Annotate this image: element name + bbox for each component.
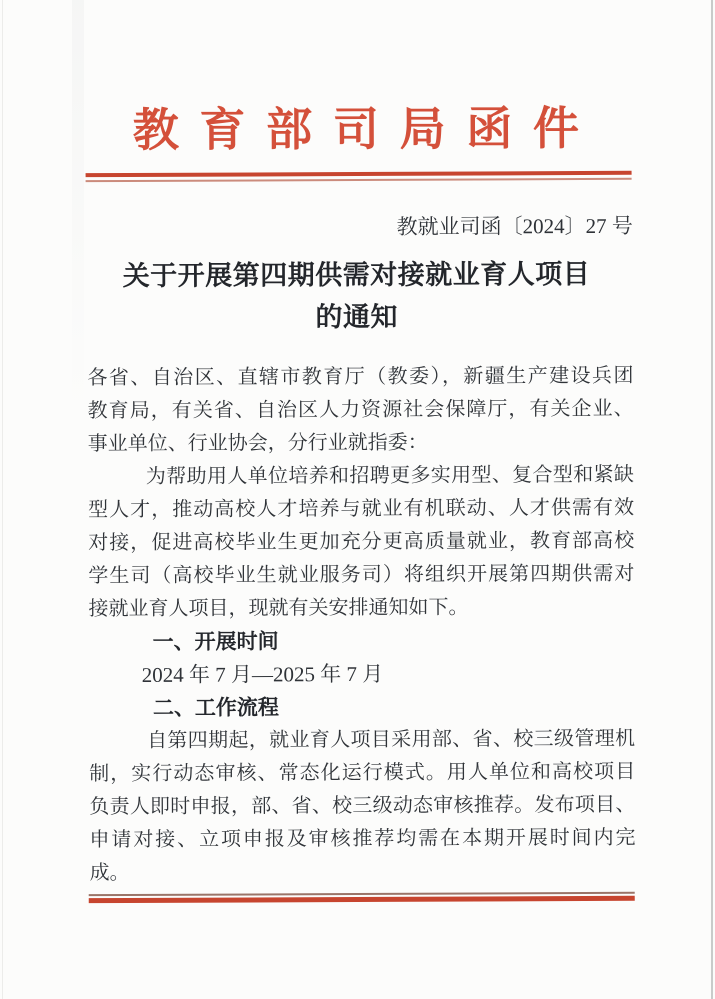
scan-edge-right (711, 0, 713, 999)
notice-title-line2: 的通知 (0, 294, 714, 339)
scanned-document-page: 教育部司局函件 教就业司函〔2024〕27 号 关于开展第四期供需对接就业育人项… (0, 0, 715, 999)
page-separator-bottom (89, 892, 635, 903)
document-sheet: 教育部司局函件 教就业司函〔2024〕27 号 关于开展第四期供需对接就业育人项… (0, 0, 715, 999)
notice-title-line1: 关于开展第四期供需对接就业育人项目 (0, 252, 714, 297)
document-number: 教就业司函〔2024〕27 号 (87, 212, 633, 242)
intro-line: 学生司（高校毕业生就业服务司）将组织开展第四期供需对 (88, 558, 634, 593)
intro-line: 为帮助用人单位培养和招聘更多实用型、复合型和紧缺 (88, 459, 634, 494)
intro-line: 接就业育人项目，现就有关安排通知如下。 (88, 591, 634, 626)
salutation-line: 教育局，有关省、自治区人力资源社会保障厅，有关企业、 (88, 393, 634, 428)
section2-line: 成。 (90, 855, 636, 890)
salutation-line: 事业单位、行业协会，分行业就指委： (88, 426, 634, 461)
intro-line: 对接，促进高校毕业生更加充分更高质量就业，教育部高校 (88, 525, 634, 560)
notice-title: 关于开展第四期供需对接就业育人项目 的通知 (0, 252, 714, 339)
letterhead-title: 教育部司局函件 (0, 98, 714, 161)
section2-heading: 二、工作流程 (89, 690, 635, 725)
separator-thick-line (89, 896, 635, 903)
intro-line: 型人才，推动高校人才培养与就业有机联动、人才供需有效 (88, 492, 634, 527)
letterhead-separator-top (86, 171, 632, 182)
section2-line: 制，实行动态审核、常态化运行模式。用人单位和高校项目 (89, 756, 635, 791)
scan-edge-left (2, 0, 3, 999)
section2-line: 负责人即时申报，部、省、校三级动态审核推荐。发布项目、 (89, 789, 635, 824)
salutation-line: 各省、自治区、直辖市教育厅（教委），新疆生产建设兵团 (87, 360, 633, 395)
section1-date: 2024 年 7 月—2025 年 7 月 (89, 657, 635, 692)
document-body: 各省、自治区、直辖市教育厅（教委），新疆生产建设兵团 教育局，有关省、自治区人力… (87, 360, 635, 890)
section2-line: 申请对接、立项申报及审核推荐均需在本期开展时间内完 (89, 822, 635, 857)
section1-heading: 一、开展时间 (89, 624, 635, 659)
section2-line: 自第四期起，就业育人项目采用部、省、校三级管理机 (89, 723, 635, 758)
